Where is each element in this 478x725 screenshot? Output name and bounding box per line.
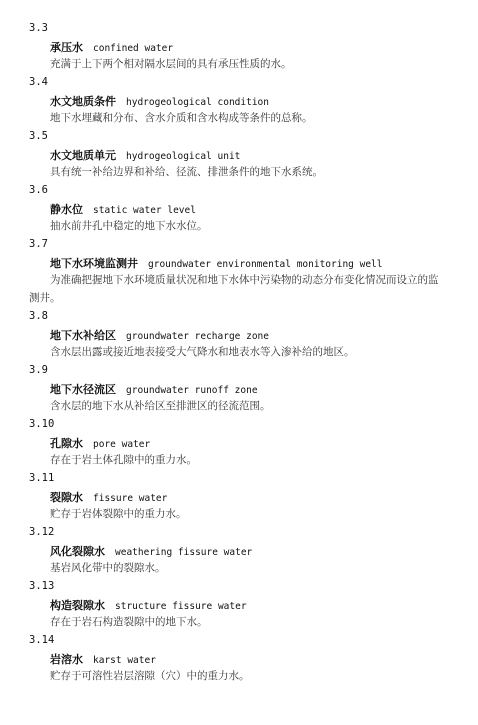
term-entry-3-11: 3.11 裂隙水fissure water 贮存于岩体裂隙中的重力水。 — [0, 469, 478, 523]
term-heading: 静水位static water level — [0, 199, 478, 217]
clause-number: 3.11 — [0, 469, 478, 487]
term-english: structure fissure water — [115, 601, 247, 612]
term-chinese: 构造裂隙水 — [50, 599, 105, 612]
term-entry-3-9: 3.9 地下水径流区groundwater runoff zone 含水层的地下… — [0, 361, 478, 415]
term-chinese: 地下水补给区 — [50, 329, 116, 342]
clause-number: 3.13 — [0, 577, 478, 595]
term-chinese: 孔隙水 — [50, 437, 83, 450]
term-entry-3-3: 3.3 承压水confined water 充满于上下两个相对隔水层间的具有承压… — [0, 19, 478, 73]
term-definition: 存在于岩石构造裂隙中的地下水。 — [0, 613, 478, 631]
term-chinese: 风化裂隙水 — [50, 545, 105, 558]
term-english: static water level — [93, 205, 196, 216]
document-page: 3.3 承压水confined water 充满于上下两个相对隔水层间的具有承压… — [0, 19, 478, 685]
term-english: karst water — [93, 655, 156, 666]
term-chinese: 静水位 — [50, 203, 83, 216]
clause-number: 3.9 — [0, 361, 478, 379]
term-english: fissure water — [93, 493, 167, 504]
term-chinese: 水文地质条件 — [50, 95, 116, 108]
term-chinese: 岩溶水 — [50, 653, 83, 666]
term-chinese: 裂隙水 — [50, 491, 83, 504]
term-definition: 具有统一补给边界和补给、径流、排泄条件的地下水系统。 — [0, 163, 478, 181]
term-definition: 地下水埋藏和分布、含水介质和含水构成等条件的总称。 — [0, 109, 478, 127]
term-entry-3-4: 3.4 水文地质条件hydrogeological condition 地下水埋… — [0, 73, 478, 127]
term-chinese: 地下水环境监测井 — [50, 257, 138, 270]
term-heading: 构造裂隙水structure fissure water — [0, 595, 478, 613]
term-entry-3-13: 3.13 构造裂隙水structure fissure water 存在于岩石构… — [0, 577, 478, 631]
term-definition: 贮存于可溶性岩层溶隙（穴）中的重力水。 — [0, 667, 478, 685]
term-english: confined water — [93, 43, 173, 54]
term-heading: 裂隙水fissure water — [0, 487, 478, 505]
term-heading: 水文地质单元hydrogeological unit — [0, 145, 478, 163]
clause-number: 3.5 — [0, 127, 478, 145]
term-english: pore water — [93, 439, 150, 450]
term-english: hydrogeological unit — [126, 151, 240, 162]
term-english: groundwater environmental monitoring wel… — [148, 259, 383, 270]
term-heading: 风化裂隙水weathering fissure water — [0, 541, 478, 559]
term-definition: 含水层的地下水从补给区至排泄区的径流范围。 — [0, 397, 478, 415]
term-entry-3-12: 3.12 风化裂隙水weathering fissure water 基岩风化带… — [0, 523, 478, 577]
term-entry-3-6: 3.6 静水位static water level 抽水前井孔中稳定的地下水水位… — [0, 181, 478, 235]
term-chinese: 水文地质单元 — [50, 149, 116, 162]
clause-number: 3.14 — [0, 631, 478, 649]
term-entry-3-14: 3.14 岩溶水karst water 贮存于可溶性岩层溶隙（穴）中的重力水。 — [0, 631, 478, 685]
clause-number: 3.7 — [0, 235, 478, 253]
clause-number: 3.10 — [0, 415, 478, 433]
term-english: groundwater recharge zone — [126, 331, 269, 342]
term-heading: 孔隙水pore water — [0, 433, 478, 451]
clause-number: 3.4 — [0, 73, 478, 91]
clause-number: 3.3 — [0, 19, 478, 37]
term-definition: 含水层出露或接近地表接受大气降水和地表水等入渗补给的地区。 — [0, 343, 478, 361]
term-heading: 水文地质条件hydrogeological condition — [0, 91, 478, 109]
term-definition: 贮存于岩体裂隙中的重力水。 — [0, 505, 478, 523]
term-english: hydrogeological condition — [126, 97, 269, 108]
term-chinese: 承压水 — [50, 41, 83, 54]
term-heading: 地下水径流区groundwater runoff zone — [0, 379, 478, 397]
term-entry-3-10: 3.10 孔隙水pore water 存在于岩土体孔隙中的重力水。 — [0, 415, 478, 469]
term-english: weathering fissure water — [115, 547, 252, 558]
clause-number: 3.8 — [0, 307, 478, 325]
term-chinese: 地下水径流区 — [50, 383, 116, 396]
term-definition: 为准确把握地下水环境质量状况和地下水体中污染物的动态分布变化情况而设立的监测井。 — [0, 271, 478, 307]
term-entry-3-7: 3.7 地下水环境监测井groundwater environmental mo… — [0, 235, 478, 307]
term-heading: 地下水环境监测井groundwater environmental monito… — [0, 253, 478, 271]
term-entry-3-5: 3.5 水文地质单元hydrogeological unit 具有统一补给边界和… — [0, 127, 478, 181]
term-definition: 存在于岩土体孔隙中的重力水。 — [0, 451, 478, 469]
term-heading: 岩溶水karst water — [0, 649, 478, 667]
clause-number: 3.12 — [0, 523, 478, 541]
term-definition: 基岩风化带中的裂隙水。 — [0, 559, 478, 577]
term-heading: 地下水补给区groundwater recharge zone — [0, 325, 478, 343]
clause-number: 3.6 — [0, 181, 478, 199]
term-heading: 承压水confined water — [0, 37, 478, 55]
term-entry-3-8: 3.8 地下水补给区groundwater recharge zone 含水层出… — [0, 307, 478, 361]
term-definition: 抽水前井孔中稳定的地下水水位。 — [0, 217, 478, 235]
term-definition: 充满于上下两个相对隔水层间的具有承压性质的水。 — [0, 55, 478, 73]
term-english: groundwater runoff zone — [126, 385, 258, 396]
